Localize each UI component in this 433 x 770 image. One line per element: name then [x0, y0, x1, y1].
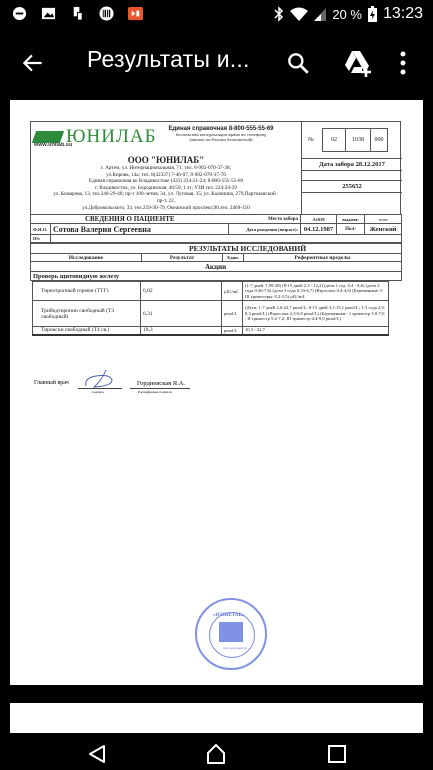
video-editor-app-icon — [128, 6, 143, 21]
document-page[interactable]: ЮНИЛАБ www.unilab.su Единая справочная 8… — [10, 100, 423, 685]
test-result: 6,31 — [141, 301, 222, 327]
more-vert-icon[interactable] — [398, 50, 408, 76]
wifi-icon — [290, 6, 308, 22]
signature-icon — [82, 368, 118, 390]
test-name: Тироксин свободный (Т4 св.) — [33, 327, 141, 335]
next-page[interactable] — [10, 703, 423, 733]
test-unit: pmol/L — [222, 301, 243, 327]
test-ref: (Дети: 1-7 дней 2,6-22,7 pmol/L; 8-15 дн… — [243, 301, 389, 327]
sex-value: Женский — [365, 224, 402, 235]
test-ref: (1-7 дней. 1,99-28) (8-15 дней 2,3 - 12,… — [243, 282, 389, 301]
results-table: РЕЗУЛЬТАТЫ ИССЛЕДОВАНИЙ Исследование Рез… — [30, 243, 402, 281]
test-result: 0,82 — [141, 282, 222, 301]
org-address-line: пр-т, 22, — [31, 198, 301, 205]
col-header-result: Результат — [142, 254, 223, 262]
org-address-line: ул.Добровольского, 33, тел.259-30-79; Ок… — [31, 205, 301, 212]
hotline-note-2: (звонок по России бесплатный) — [161, 137, 281, 142]
patient-section-title: СВЕДЕНИЯ О ПАЦИЕНТЕ — [31, 215, 229, 224]
back-icon[interactable] — [86, 743, 108, 765]
fio-label: Ф.И.О. — [31, 224, 51, 235]
org-info: ООО "ЮНИЛАБ" г. Артем, ул. Интернационал… — [31, 155, 301, 211]
test-name: Трийодтиронин свободный (Т3 свободный) — [33, 301, 141, 327]
signer-name: Гордиевская Я.А. — [137, 380, 185, 387]
test-unit: pmol/L — [222, 327, 243, 335]
test-result: 18,3 — [141, 327, 222, 335]
clock: 13:23 — [383, 5, 423, 23]
do-not-disturb-icon — [12, 6, 27, 21]
test-ref: 10,3 - 22,7 — [243, 327, 389, 335]
col-header-ref: Референтные пределы — [244, 254, 402, 262]
number-part: 02 — [322, 128, 346, 152]
image-icon — [41, 6, 56, 21]
number-part: 1038 — [346, 128, 371, 152]
issued-value: залач — [365, 215, 402, 224]
barcode-app-icon — [99, 6, 114, 21]
company-stamp: «ЮНИЛАБ» Для документов — [195, 598, 267, 670]
table-row: Тиреотропный гормон (ТТГ) 0,82 µIU/mL (1… — [33, 282, 389, 301]
document-title: Результаты и... — [87, 46, 250, 73]
dob-value: 04.12.1987 — [301, 224, 337, 235]
org-address-line: ул. Комарова, 13, тел.240-29-40; пр-т 10… — [28, 191, 301, 198]
home-icon[interactable] — [205, 743, 227, 765]
add-to-drive-icon[interactable] — [342, 48, 372, 78]
app-bar: Результаты и... — [0, 32, 433, 92]
number-part: 000 — [371, 128, 388, 152]
phone-sim-icon — [70, 6, 85, 21]
battery-percent: 20 % — [332, 7, 362, 22]
collection-place-value: А1038 — [301, 215, 337, 224]
order-box: № 02 1038 000 Дата забора 28.12.2017 255… — [301, 122, 402, 214]
org-address-line: г. Артем, ул. Интернациональная, 71; тел… — [31, 165, 301, 172]
sign-caption: подпись — [92, 390, 104, 394]
report-header: ЮНИЛАБ www.unilab.su Единая справочная 8… — [30, 121, 401, 214]
col-header-test: Исследование — [31, 254, 142, 262]
stamp-text: «ЮНИЛАБ» — [213, 612, 245, 618]
battery-charging-icon — [368, 6, 377, 22]
bluetooth-icon — [274, 6, 284, 22]
search-icon[interactable] — [285, 50, 311, 76]
group-title: Акции — [31, 262, 402, 272]
logo-url: www.unilab.su — [34, 142, 72, 148]
barcode-number: 255652 — [302, 183, 402, 190]
recents-icon[interactable] — [326, 743, 348, 765]
number-label: № — [308, 128, 322, 152]
signature-block: Главный врач подпись Гордиевская Я.А. Ра… — [30, 358, 410, 438]
back-arrow-icon[interactable] — [20, 50, 46, 76]
results-title: РЕЗУЛЬТАТЫ ИССЛЕДОВАНИЙ — [31, 244, 402, 254]
sex-label: Пол: — [337, 224, 365, 235]
patient-table: СВЕДЕНИЯ О ПАЦИЕНТЕ Место забора А1038 в… — [30, 214, 402, 243]
stamp-subtext: Для документов — [223, 646, 247, 650]
table-row: Трийодтиронин свободный (Т3 свободный) 6… — [33, 301, 389, 327]
cell-signal-icon — [314, 6, 326, 22]
status-bar: 20 % 13:23 — [0, 0, 433, 32]
issued-label: выдача: — [337, 215, 365, 224]
org-name: ООО "ЮНИЛАБ" — [31, 155, 301, 165]
table-row: Тироксин свободный (Т4 св.) 18,3 pmol/L … — [33, 327, 389, 335]
collection-place-label: Место забора — [229, 215, 301, 224]
logo-text: ЮНИЛАБ — [66, 126, 157, 148]
lab-report: ЮНИЛАБ www.unilab.su Единая справочная 8… — [30, 121, 401, 336]
test-name: Тиреотропный гормон (ТТГ) — [33, 282, 141, 301]
name-caption: Расшифровка подписи — [138, 390, 172, 394]
stamp-logo-icon — [219, 622, 243, 642]
collection-date: Дата забора 28.12.2017 — [302, 161, 402, 168]
ds-label: DS: — [31, 235, 51, 243]
hotline: Единая справочная 8-800-555-55-69 беспла… — [161, 126, 281, 142]
test-unit: µIU/mL — [222, 282, 243, 301]
signer-role: Главный врач — [34, 380, 69, 386]
org-address-line: Единая справочная во Владивостоке (423) … — [31, 178, 301, 185]
panel-title: Проверь щитовидную железу — [31, 272, 402, 281]
col-header-unit: Един. — [223, 254, 244, 262]
nav-bar — [0, 735, 433, 770]
patient-name: Сотова Валерия Сергеевна — [51, 224, 229, 235]
order-number: № 02 1038 000 — [308, 128, 388, 152]
results-rows: Тиреотропный гормон (ТТГ) 0,82 µIU/mL (1… — [32, 281, 389, 336]
ds-value — [51, 235, 402, 243]
dob-label: Дата рождения (возраст): — [229, 224, 301, 235]
